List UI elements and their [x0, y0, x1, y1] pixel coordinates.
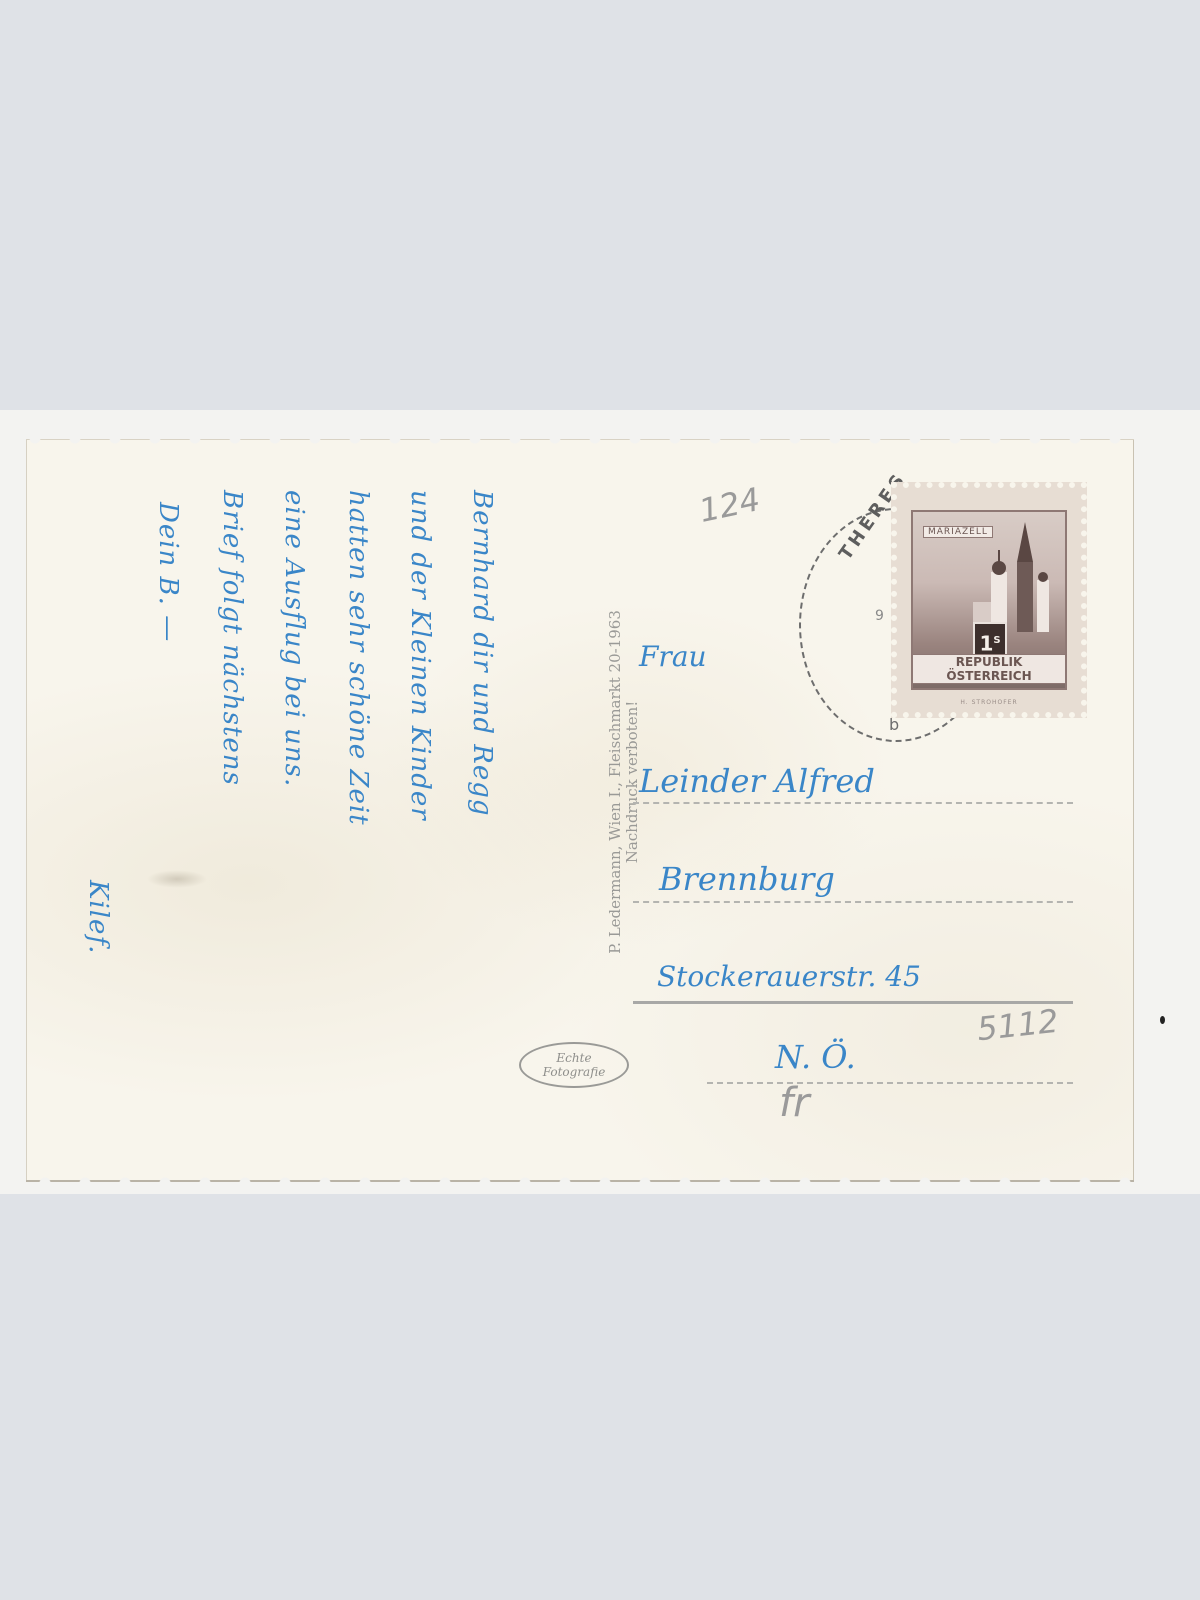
address-line-1	[633, 802, 1073, 804]
address-street: Stockerauerstr. 45	[657, 960, 921, 993]
address-salutation: Frau	[639, 640, 707, 673]
message-line: eine Ausflug bei uns.	[279, 490, 309, 787]
message-line: Bernhard dir und Regg	[467, 490, 497, 817]
stamp-value-number: 1	[979, 632, 993, 656]
postage-stamp: MARIAZELL 1S REPUBLIK ÖSTERREI	[891, 482, 1087, 718]
message-line: Dein B. —	[153, 502, 183, 642]
stamp-country: REPUBLIK ÖSTERREICH	[913, 654, 1065, 684]
page: Bernhard dir und Regg und der Kleinen Ki…	[0, 0, 1200, 1600]
message-line: hatten sehr schöne Zeit	[343, 490, 373, 826]
imprint-line-1: P. Ledermann, Wien I., Fleischmarkt 20-1…	[607, 542, 624, 1022]
pencil-note-top: 124	[696, 480, 764, 530]
scan-area: Bernhard dir und Regg und der Kleinen Ki…	[0, 410, 1200, 1194]
address-line-3	[633, 1001, 1073, 1004]
address-name: Leinder Alfred	[639, 762, 875, 800]
stamp-image: MARIAZELL 1S REPUBLIK ÖSTERREI	[911, 510, 1067, 690]
address-city: Brennburg	[659, 860, 835, 898]
logo-line-1: Echte	[521, 1051, 627, 1065]
address-region: N. Ö.	[775, 1038, 856, 1076]
postcard: Bernhard dir und Regg und der Kleinen Ki…	[26, 440, 1134, 1180]
stamp-currency: S	[993, 635, 1000, 646]
pencil-note-right: 5112	[975, 1002, 1060, 1048]
pencil-note-bottom: fr	[779, 1080, 810, 1126]
message-line: Brief folgt nächstens	[217, 490, 247, 786]
address-line-4	[707, 1082, 1073, 1084]
address-line-2	[633, 901, 1073, 903]
stamp-designer: H. STROHOFER	[897, 699, 1081, 706]
stain	[147, 870, 207, 888]
oval-logo-icon: Echte Fotografie	[519, 1042, 629, 1088]
message-line: und der Kleinen Kinder	[405, 490, 435, 821]
publisher-imprint: P. Ledermann, Wien I., Fleischmarkt 20-1…	[607, 542, 641, 1022]
postmark-date: 9	[875, 608, 884, 624]
signature: Kilef.	[83, 880, 113, 954]
logo-line-2: Fotografie	[521, 1065, 627, 1079]
dust-speck	[1160, 1016, 1165, 1024]
